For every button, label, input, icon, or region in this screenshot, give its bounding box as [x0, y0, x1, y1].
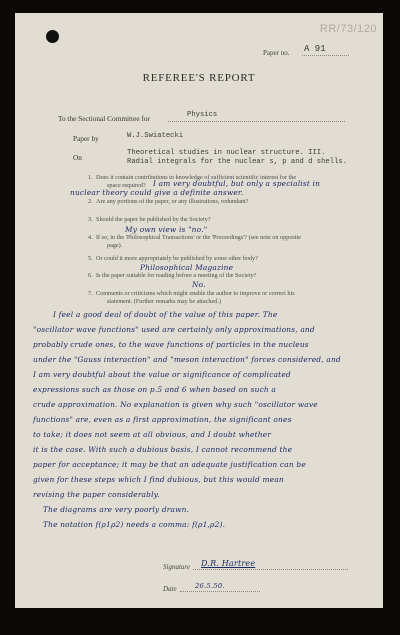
committee-value: Physics [187, 111, 217, 119]
question-5-text: Or could it more appropriately be publis… [96, 255, 258, 263]
question-3-answer: My own view is "no." [125, 225, 207, 234]
question-7-text-2: statement. (Further remarks may be attac… [107, 298, 221, 306]
comment-line: paper for acceptance; it may be that an … [33, 460, 306, 469]
paper-no-label: Paper no. [263, 49, 289, 57]
committee-line [168, 121, 345, 122]
date-label: Date [163, 585, 177, 593]
paper-no-value: A 91 [304, 44, 326, 54]
referee-report-sheet: RR/73/120 Paper no. A 91 REFEREE'S REPOR… [15, 13, 383, 608]
signature-value: D.R. Hartree [201, 559, 255, 568]
comment-line: "oscillator wave functions" used are cer… [33, 325, 315, 334]
date-line [180, 591, 260, 592]
comment-line: probably crude ones, to the wave functio… [33, 340, 309, 349]
question-1-answer-2: nuclear theory could give a definite ans… [70, 188, 243, 197]
comment-line: under the "Gauss interaction" and "meson… [33, 355, 341, 364]
question-7-number: 7. [88, 290, 93, 298]
question-7-text: Comments or criticisms which might enabl… [96, 290, 295, 298]
question-4-text: If so, in the 'Philosophical Transaction… [96, 234, 301, 242]
question-3-text: Should the paper be published by the Soc… [96, 216, 211, 224]
date-value: 26.5.50. [195, 582, 225, 590]
punch-hole [46, 30, 59, 43]
question-6-answer: No. [192, 280, 206, 289]
archive-reference: RR/73/120 [320, 23, 377, 35]
comment-line: to take; it does not seem at all obvious… [33, 430, 271, 439]
subject-line-2: Radial integrals for the nuclear s, p an… [127, 158, 347, 166]
comment-line: given for these steps which I find dubio… [33, 475, 284, 484]
question-3-number: 3. [88, 216, 93, 224]
signature-line [193, 569, 348, 570]
question-4-text-2: page). [107, 242, 122, 250]
paper-no-line [302, 55, 349, 56]
comment-line: expressions such as those on p.5 and 6 w… [33, 385, 276, 394]
question-1-answer: I am very doubtful, but only a specialis… [153, 179, 320, 188]
author-value: W.J.Swiatecki [127, 132, 183, 140]
comment-line: The diagrams are very poorly drawn. [43, 505, 189, 514]
committee-label: To the Sectional Committee for [58, 114, 150, 123]
page-title: REFEREE'S REPORT [15, 72, 383, 84]
question-5-number: 5. [88, 255, 93, 263]
comment-line: I am very doubtful about the value or si… [33, 370, 291, 379]
comment-line: revising the paper considerably. [33, 490, 160, 499]
subject-label: On [73, 153, 82, 162]
signature-label: Signature [163, 563, 190, 571]
comment-line: functions" are, even as a first approxim… [33, 415, 292, 424]
comment-line: it is the case. With such a dubious basi… [33, 445, 292, 454]
comment-line: crude approximation. No explanation is g… [33, 400, 318, 409]
question-6-number: 6. [88, 272, 93, 280]
author-label: Paper by [73, 134, 99, 143]
subject-line-1: Theoretical studies in nuclear structure… [127, 149, 325, 157]
question-5-answer: Philosophical Magazine [140, 263, 233, 272]
question-2-text: Are any portions of the paper, or any il… [96, 198, 249, 206]
question-6-text: Is the paper suitable for reading before… [96, 272, 256, 280]
question-4-number: 4. [88, 234, 93, 242]
question-1-number: 1. [88, 174, 93, 182]
handwritten-comments: I feel a good deal of doubt of the value… [33, 310, 378, 550]
comment-line: The notation f(ρ1ρ2) needs a comma: f(ρ1… [43, 520, 225, 529]
comment-line: I feel a good deal of doubt of the value… [53, 310, 277, 319]
question-2-number: 2. [88, 198, 93, 206]
